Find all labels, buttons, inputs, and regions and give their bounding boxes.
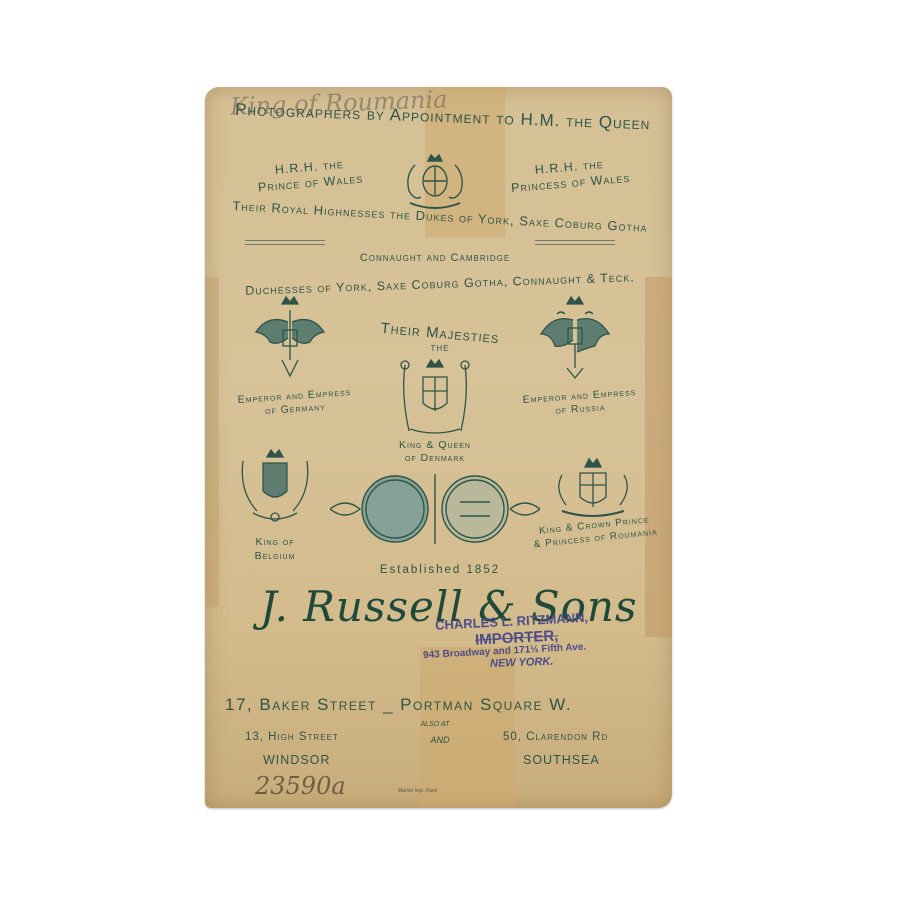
majesties-the: the: [400, 342, 480, 354]
romanian-crest-icon: [550, 455, 635, 525]
inventory-number: 23590a: [255, 772, 346, 800]
established-date: Established 1852: [340, 564, 540, 576]
printer-credit: Marion Imp. Paris: [398, 788, 437, 794]
patron-russia: Emperor and Empress of Russia: [514, 385, 645, 420]
patron-belgium: King of Belgium: [230, 535, 320, 563]
also-at-label: ALSO AT: [400, 721, 470, 728]
main-address: 17, Baker Street _ Portman Square W.: [225, 695, 655, 715]
ornamental-rule: [245, 240, 325, 245]
and-flourish: AND: [400, 735, 480, 745]
branch-right-street: 50, Clarendon Rd: [503, 731, 608, 743]
branch-right-town: SOUTHSEA: [523, 753, 600, 767]
patron-prince-of-wales: H.R.H. the Prince of Wales: [234, 153, 386, 198]
branch-left-street: 13, High Street: [245, 731, 339, 743]
branch-left-town: WINDSOR: [263, 753, 330, 767]
patron-line: Belgium: [230, 549, 320, 563]
importer-stamp: CHARLES L. RITZMANN, IMPORTER, 943 Broad…: [415, 612, 655, 667]
patron-line: King of: [230, 535, 320, 549]
connaught-line: Connaught and Cambridge: [340, 252, 530, 264]
patron-germany: Emperor and Empress of Germany: [229, 385, 360, 420]
patron-line: of Denmark: [380, 452, 490, 465]
tape-strip: [205, 277, 219, 607]
patron-princess-of-wales: H.R.H. the Princess of Wales: [489, 152, 651, 198]
russian-eagle-crest-icon: [535, 292, 615, 387]
patron-line: King & Queen: [380, 439, 490, 452]
belgian-lion-crest-icon: [235, 447, 315, 527]
award-medals-icon: [330, 472, 540, 547]
danish-royal-crest-icon: [385, 357, 485, 437]
cabinet-card: King of Roumania Photographers by Appoin…: [205, 87, 672, 808]
ornamental-rule: [535, 240, 615, 245]
tape-strip: [645, 277, 672, 637]
patron-denmark: King & Queen of Denmark: [380, 439, 490, 465]
german-eagle-crest-icon: [250, 292, 330, 387]
